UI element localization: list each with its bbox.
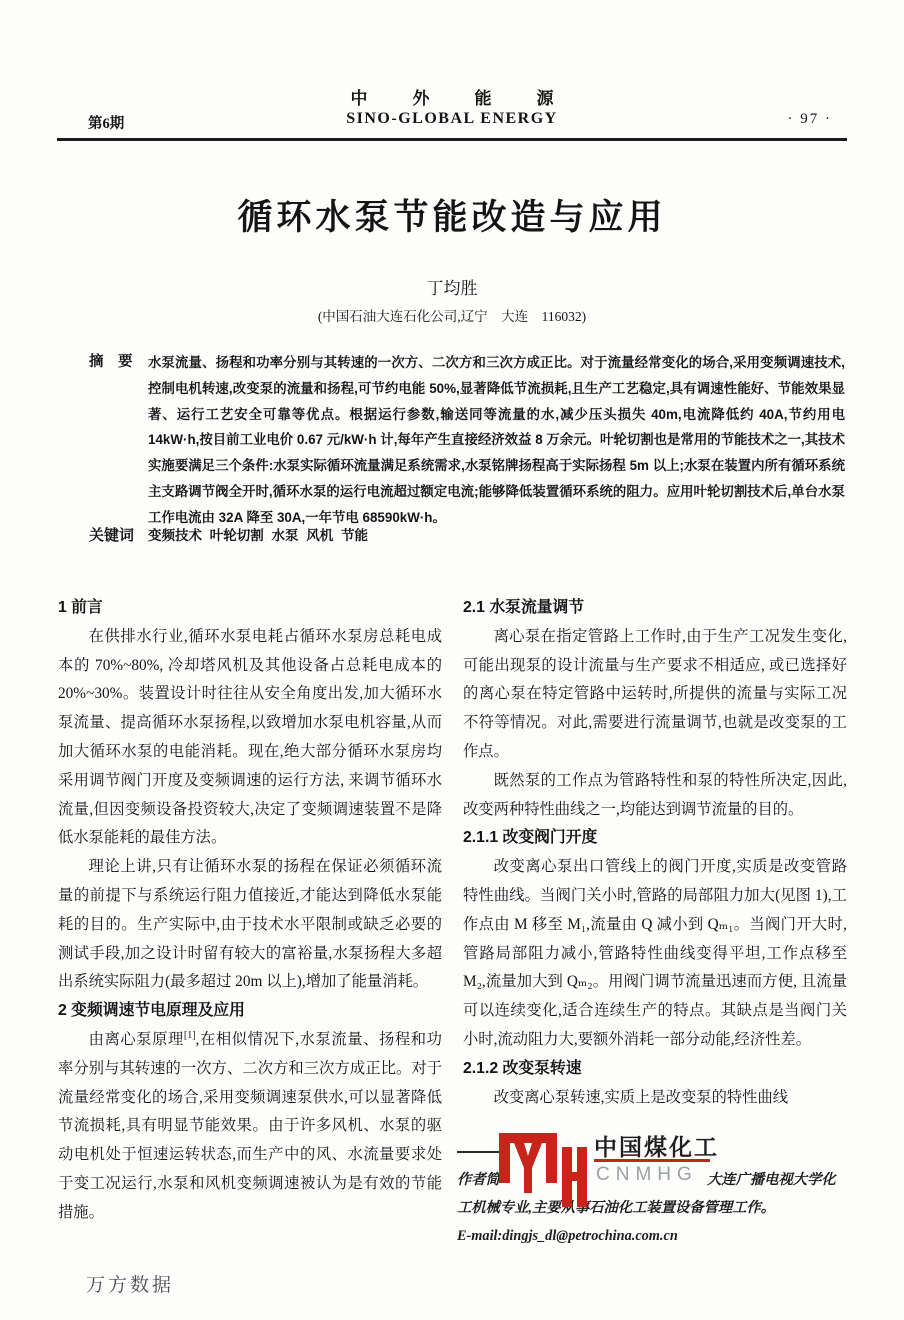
paragraph: 由离心泵原理[1],在相似情况下,水泵流量、扬程和功率分别与其转速的一次方、二次… [58,1026,442,1228]
left-column: 1 前言 在供排水行业,循环水泵电耗占循环水泵房总耗电成本的 70%~80%, … [58,594,442,1228]
footnote-rule [457,1151,503,1153]
footnote-email: E-mail:dingjs_dl@petrochina.com.cn [457,1222,849,1250]
watermark-text-cn: 中国煤化工 [594,1129,719,1162]
paragraph-text: ,在相似情况下,水泵流量、扬程和功率分别与其转速的一次方、二次方和三次方成正比。… [58,1031,442,1221]
journal-name-cn: 中 外 能 源 [0,84,904,109]
journal-name-en: SINO-GLOBAL ENERGY [0,110,904,128]
watermark-text-en: CNMHG [596,1164,698,1186]
watermark-logo-icon [499,1129,587,1211]
paragraph: 离心泵在指定管路上工作时,由于生产工况发生变化,可能出现泵的设计流量与生产要求不… [463,623,847,767]
paragraph: 改变离心泵转速,实质上是改变泵的特性曲线 [463,1084,847,1113]
keywords-label: 关键词 [89,524,148,545]
paragraph-text: 由离心泵原理 [89,1031,184,1048]
section-heading-2: 2 变频调速节电原理及应用 [58,997,442,1026]
body-columns: 1 前言 在供排水行业,循环水泵电耗占循环水泵房总耗电成本的 70%~80%, … [58,594,847,1228]
wanfang-data-watermark: 万方数据 [86,1270,174,1297]
paragraph: 在供排水行业,循环水泵电耗占循环水泵房总耗电成本的 70%~80%, 冷却塔风机… [58,623,442,853]
footnote-text: 作者简 [457,1172,500,1188]
keywords-block: 关键词 变频技术 叶轮切割 水泵 风机 节能 [89,524,368,545]
section-heading-2-1: 2.1 水泵流量调节 [463,594,847,623]
paragraph: 理论上讲,只有让循环水泵的扬程在保证必须循环流量的前提下与系统运行阻力值接近,才… [58,853,442,997]
abstract-text: 水泵流量、扬程和功率分别与其转速的一次方、二次方和三次方成正比。对于流量经常变化… [148,350,845,531]
keywords-text: 变频技术 叶轮切割 水泵 风机 节能 [148,524,368,544]
journal-page: 中 外 能 源 第6期 SINO-GLOBAL ENERGY · 97 · 循环… [0,0,904,1320]
footnote-text: 大连广播电视大学化 [707,1166,836,1194]
page-number: · 97 · [788,111,833,128]
article-title: 循环水泵节能改造与应用 [0,190,904,240]
reference-marker: [1] [184,1030,196,1041]
section-heading-2-1-1: 2.1.1 改变阀门开度 [463,824,847,853]
author-name: 丁均胜 [0,274,904,299]
section-heading-1: 1 前言 [58,594,442,623]
watermark-underline [594,1159,710,1162]
abstract-block: 摘 要 水泵流量、扬程和功率分别与其转速的一次方、二次方和三次方成正比。对于流量… [89,350,845,531]
section-heading-2-1-2: 2.1.2 改变泵转速 [463,1055,847,1084]
author-affiliation: (中国石油大连石化公司,辽宁 大连 116032) [0,305,904,325]
paragraph: 既然泵的工作点为管路特性和泵的特性所决定,因此,改变两种特性曲线之一,均能达到调… [463,767,847,825]
header-rule [57,138,847,141]
paragraph: 改变离心泵出口管线上的阀门开度,实质是改变管路特性曲线。当阀门关小时,管路的局部… [463,853,847,1055]
abstract-label: 摘 要 [89,350,148,531]
